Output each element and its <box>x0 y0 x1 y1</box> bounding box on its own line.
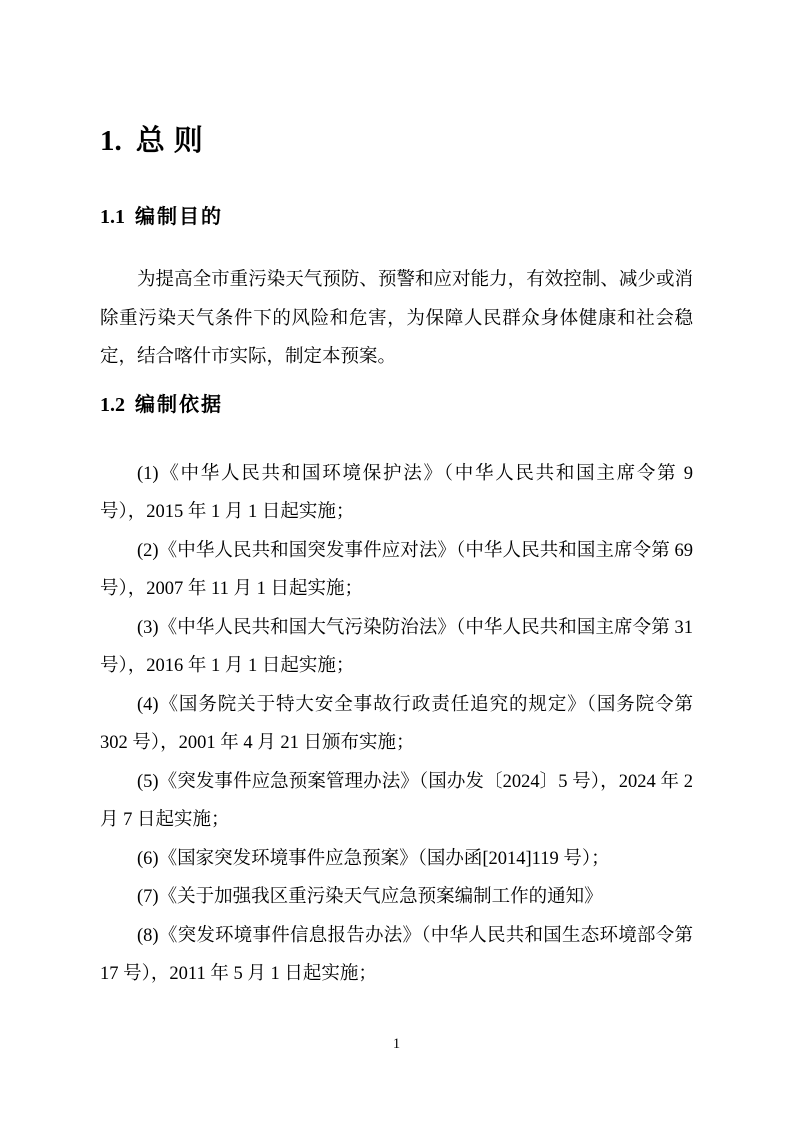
section-heading-purpose-text: 编制目的 <box>135 206 223 228</box>
section-heading-purpose-number: 1.1 <box>100 206 125 228</box>
basis-list-item: (8)《突发环境事件信息报告办法》（中华人民共和国生态环境部令第 17 号），2… <box>100 917 693 994</box>
basis-list-item: (2)《中华人民共和国突发事件应对法》（中华人民共和国主席令第 69 号），20… <box>100 532 693 609</box>
chapter-heading: 1.总则 <box>100 0 693 161</box>
section-heading-purpose: 1.1编制目的 <box>100 203 693 231</box>
basis-list-item: (7)《关于加强我区重污染天气应急预案编制工作的通知》 <box>100 878 693 917</box>
document-page: 1.总则 1.1编制目的 为提高全市重污染天气预防、预警和应对能力，有效控制、减… <box>0 0 793 1122</box>
page-number: 1 <box>0 1034 793 1054</box>
chapter-heading-number: 1. <box>100 125 122 157</box>
basis-list-item: (5)《突发事件应急预案管理办法》（国办发〔2024〕5 号），2024 年 2… <box>100 763 693 840</box>
section-heading-basis: 1.2编制依据 <box>100 391 693 419</box>
basis-list-item: (6)《国家突发环境事件应急预案》（国办函[2014]119 号）； <box>100 840 693 879</box>
basis-list-item: (3)《中华人民共和国大气污染防治法》（中华人民共和国主席令第 31 号），20… <box>100 609 693 686</box>
chapter-heading-text: 总则 <box>136 125 212 157</box>
purpose-paragraph: 为提高全市重污染天气预防、预警和应对能力，有效控制、减少或消除重污染天气条件下的… <box>100 261 693 377</box>
basis-list: (1)《中华人民共和国环境保护法》（中华人民共和国主席令第 9 号），2015 … <box>100 455 693 994</box>
section-heading-basis-text: 编制依据 <box>135 394 223 416</box>
section-heading-basis-number: 1.2 <box>100 394 125 416</box>
basis-list-item: (4)《国务院关于特大安全事故行政责任追究的规定》（国务院令第 302 号），2… <box>100 686 693 763</box>
basis-list-item: (1)《中华人民共和国环境保护法》（中华人民共和国主席令第 9 号），2015 … <box>100 455 693 532</box>
